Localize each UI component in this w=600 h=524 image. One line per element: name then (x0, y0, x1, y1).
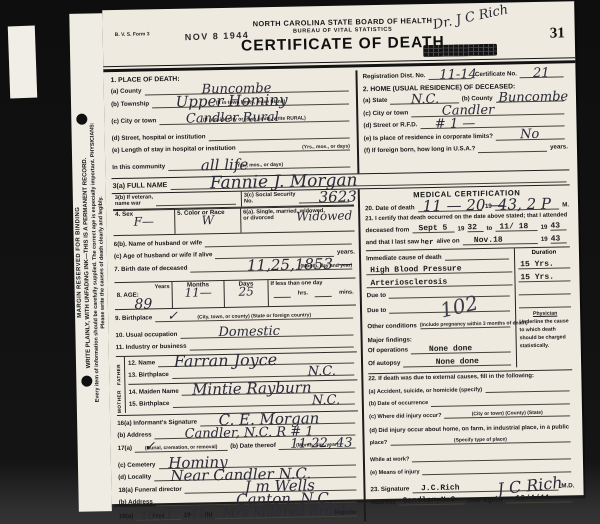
home-state-value: N.C. (411, 96, 439, 103)
operations-row: Of operations None done (368, 344, 514, 356)
director-addr-value: Canton, N.C. (236, 495, 333, 504)
veteran-cell: 3(b) If veteran,name war (113, 191, 242, 209)
father-bp-label: 13. Birthplace (128, 373, 169, 381)
father-name-label: 12. Name (128, 360, 155, 367)
filed-row: 19(a) 10-31 Filed 19 44 (b) Mrs Mildred … (119, 506, 360, 521)
age-hrs-label: hrs. (298, 290, 308, 297)
ssn-label: 3(c) Social SecurityNo. (244, 191, 296, 204)
external-c-label: (c) Where did injury occur? (369, 413, 442, 421)
age-years-value: 89 (117, 301, 170, 309)
father-side-label: FATHER (116, 359, 121, 385)
cause-of-death-block: Immediate cause of death High Blood Pres… (366, 247, 572, 370)
signature-typed: J.C.Rich (421, 484, 460, 492)
locality-label: (d) Locality (118, 475, 151, 482)
date-signed-label: Date signed (468, 497, 503, 504)
cause1-value: High Blood Pressure (370, 266, 461, 275)
duration-label: Duration (518, 250, 570, 257)
father-bp-value: N.C. (308, 369, 336, 376)
city-label: (c) City or town (111, 118, 156, 126)
home-foreign-suffix: years. (550, 145, 568, 152)
age-less-cell: If less than one day hrs. mins. (268, 278, 355, 306)
locality-row: (d) Locality Near Candler N.C. (118, 469, 359, 483)
parents-fields: 12. Name Farran Joyce 13. Birthplace N.C… (125, 352, 358, 412)
duration2-line: 15 Yrs. (518, 271, 570, 283)
home-corp-value: No (520, 132, 539, 139)
due-to-handwriting: 102 (439, 298, 478, 316)
operations-label: Of operations (368, 348, 408, 356)
race-cell: 5. Color or Race W (175, 208, 241, 233)
cause2-line: Arteriosclerosis (366, 275, 512, 289)
attended-19b: 19 (541, 224, 548, 231)
other-conditions-row: Other conditions (Include pregnancy with… (367, 319, 513, 331)
home-city-label: (c) City or town (363, 110, 408, 118)
filed-year-value: 44 (190, 509, 204, 519)
filed-label: 19(a) (119, 514, 134, 521)
township-label: (b) Township (111, 101, 149, 109)
age-years-label: Years (155, 284, 170, 290)
township-row: (b) Township Upper Hominy (If in town li… (111, 95, 352, 109)
death-date-label: 20. Date of death (365, 205, 415, 213)
attended-row: deceased from Sept 5 19 32 to 11/ 18 19 … (365, 222, 569, 235)
attended-to-value: 11/ 18 (499, 223, 528, 231)
race-value: W (177, 216, 238, 223)
external-work-label: While at work? (370, 457, 410, 464)
father-name-value: Farran Joyce (174, 356, 277, 366)
external-d-note: (Specify type of place) (390, 436, 570, 445)
spouse-row: 6(b). Name of husband or wife (114, 235, 355, 249)
home-state-label: (a) State (363, 98, 388, 105)
cert-no-value: 21 (533, 70, 550, 77)
street-label: (d) Street, hospital or institution (112, 134, 206, 143)
cause1-line: High Blood Pressure (366, 262, 512, 276)
death-certificate: B. V. S. Form 3 NOV 8 1944 NORTH CAROLIN… (102, 1, 583, 504)
mother-bp-value: N.C. (312, 398, 340, 405)
spouse-label: 6(b). Name of husband or wife (114, 240, 202, 249)
external-b-row: (b) Date of occurrence (369, 395, 573, 408)
burial-date-label: (b) Date thereof (230, 443, 276, 451)
due-to-label-1: Due to (367, 292, 386, 299)
autopsy-row: Of autopsy None done (368, 356, 514, 368)
mother-side-label: MOTHER (116, 385, 122, 413)
external-c-note: (City or town) (County) (State) (444, 409, 570, 417)
cause-label: Immediate cause of death (366, 254, 442, 262)
other-conditions-note: (Include pregnancy within 3 months of de… (420, 321, 511, 329)
full-name-label: 3(a) FULL NAME (113, 182, 168, 191)
other-conditions-label: Other conditions (367, 323, 417, 331)
duration1-line: 15 Yrs. (518, 258, 570, 270)
home-city-value: Candler (442, 108, 495, 116)
last-saw-year: 43 (551, 235, 561, 242)
death-date-value: 11 — 20 — (423, 202, 506, 211)
stay-label: (e) Length of stay in hospital or instit… (112, 146, 236, 155)
external-b-label: (b) Date of occurrence (369, 400, 428, 407)
age-less-label: If less than one day (270, 279, 353, 287)
doctor-handwriting: Dr. J C Rich (432, 7, 508, 29)
burial-label: 17(a) (118, 446, 133, 453)
external-d2-label: place? (370, 440, 388, 446)
age-months-cell: Months 11— (172, 281, 224, 308)
street-row: (d) Street, hospital or institution (112, 129, 353, 143)
duration-empty-line (519, 297, 571, 309)
director-label: 18(a) Funeral director (118, 487, 181, 495)
duration-column: Duration 15 Yrs. 15 Yrs. Physician Under… (514, 248, 572, 367)
occupation-value: Domestic (218, 329, 280, 337)
duration1-value: 15 Yrs. (520, 261, 554, 269)
external-c-row: (c) Where did injury occur? (City or tow… (369, 407, 573, 420)
stay-row: (e) Length of stay in hospital or instit… (112, 141, 353, 155)
community-note: (Yrs., mos., or days) (168, 161, 350, 170)
death-date-row: 20. Date of death 11 — 20 — 19 43, 2 P M… (365, 200, 569, 213)
external-work-row: While at work? (370, 451, 574, 464)
birthdate-row: 7. Birth date of deceased 11,25,1853 — (… (114, 260, 355, 274)
director-addr-label: (b) Address (119, 500, 153, 507)
autopsy-value: None done (436, 358, 479, 366)
home-foreign-row: (f) If foreign born, how long in U.S.A.?… (364, 142, 568, 155)
age-grid: 8. AGE: Years 89 Months 11— Days 25 (114, 277, 355, 310)
attended-19a: 19 (457, 226, 464, 233)
reg-dist-value: 11-14 (439, 72, 477, 79)
md-label: M.D. (561, 483, 574, 490)
home-foreign-label: (f) If foreign born, how long in U.S.A.? (364, 146, 475, 155)
signed-address-row: Address Candler,N.C Date signed 10/4/44 (371, 494, 575, 507)
ssn-value: 3623 (319, 194, 357, 202)
date-signed-value: 10/4/44 (515, 495, 549, 503)
attended-from-value: Sept 5 (418, 225, 447, 233)
form-number: B. V. S. Form 3 (115, 31, 150, 38)
external-a-row: (a) Accident, suicide, or homicide (spec… (368, 382, 572, 395)
personal-column: 3(b) If veteran,name war 3(c) Social Sec… (112, 189, 364, 524)
filed-note: Filed (136, 513, 180, 520)
veteran-label: 3(b) If veteran,name war (115, 194, 153, 207)
reg-dist-label: Registration Dist. No. (363, 73, 426, 81)
home-section: Registration Dist. No. 11-14 Certificate… (357, 66, 569, 173)
attended-label: deceased from (365, 227, 409, 235)
burial-note: (Burial, cremation, or removal) (135, 444, 227, 452)
community-label: In this community (112, 164, 165, 172)
death-m-label: M. (562, 202, 569, 209)
external-title: 22. If death was due to external causes,… (368, 372, 572, 383)
redaction-stamp (423, 44, 497, 57)
home-street-label: (d) Street or R.F.D. (363, 122, 417, 130)
mother-bp-label: 15. Birthplace (129, 402, 170, 410)
home-corp-label: (e) Is place of residence in corporate l… (364, 133, 493, 142)
address-label: Address (371, 499, 396, 506)
alive-label: alive on (436, 239, 459, 246)
cause-main: Immediate cause of death High Blood Pres… (366, 249, 516, 370)
mother-name-label: 14. Maiden Name (129, 389, 179, 397)
father-bp-row: 13. Birthplace N.C. (128, 367, 357, 380)
external-e-label: (e) Means of injury (370, 469, 420, 476)
home-street-value: # 1 — (435, 121, 476, 128)
cert-no-label: Certificate No. (475, 71, 517, 79)
external-causes-block: 22. If death was due to external causes,… (368, 369, 575, 507)
main-sections: 3(b) If veteran,name war 3(c) Social Sec… (112, 185, 576, 524)
address-value: Candler,N.C (402, 497, 455, 505)
autopsy-label: Of autopsy (368, 360, 400, 367)
age-label-cell: 8. AGE: Years 89 (114, 282, 172, 309)
due-to-label-2: Due to (367, 307, 386, 314)
occupation-label: 10. Usual occupation (115, 332, 177, 340)
last-saw-label: and that I last saw h (366, 239, 425, 247)
last-saw-19: 19 (541, 237, 548, 244)
margin-note-physicians: Please write the causes of death clearly… (98, 196, 107, 328)
sex-race-marital-grid: 4. Sex F— 5. Color or Race W 6(a). Singl… (113, 205, 354, 236)
signature-row: 23. Signature J.C.Rich J C Rich M.D. (370, 477, 574, 494)
birthplace-note: (City, town, or county) (State or foreig… (155, 311, 353, 321)
mother-name-value: Mintie Rayburn (192, 385, 312, 395)
home-corp-row: (e) Is place of residence in corporate l… (364, 130, 568, 143)
sex-value: F— (115, 218, 172, 225)
marital-cell: 6(a). Single, married, widowed,or divorc… (241, 206, 354, 232)
corner-sticker (8, 26, 37, 99)
age-days-value: 25 (227, 288, 266, 295)
age-mins-label: mins. (339, 289, 354, 296)
stay-note: (Yrs., mos., or days) (239, 144, 350, 152)
external-d2-row: place? (Specify type of place) (369, 434, 573, 447)
last-saw-er: er (424, 240, 433, 246)
page-number: 31 (550, 25, 565, 42)
operations-value: None done (429, 345, 472, 353)
scanned-sheet: MARGIN RESERVED FOR BINDING WRITE PLAINL… (69, 1, 584, 512)
duration-empty-line (519, 284, 571, 296)
home-county-value: Buncombe (498, 94, 568, 102)
top-sections: 1. PLACE OF DEATH: (a) County Buncombe (… (109, 66, 569, 177)
cause2-value: Arteriosclerosis (370, 279, 447, 288)
age-days-cell: Days 25 (224, 280, 268, 307)
scan-background: MARGIN RESERVED FOR BINDING WRITE PLAINL… (0, 0, 600, 524)
from-year-value: 32 (467, 224, 477, 231)
last-saw-value: Nov.18 (474, 236, 503, 244)
age-months-value: 11— (175, 289, 222, 296)
physician-note: Physician Underline the cause to which d… (519, 311, 572, 351)
parents-side-labels: FATHER MOTHER (116, 357, 126, 413)
to-year-value: 43 (550, 223, 560, 230)
county-label: (a) County (111, 89, 142, 96)
certificate-header: B. V. S. Form 3 NOV 8 1944 NORTH CAROLIN… (108, 5, 567, 66)
city-row: (c) City or town Candler Rural (If outsi… (111, 112, 352, 126)
burial-row: 17(a) ✓ (Burial, cremation, or removal) … (118, 439, 359, 453)
registration-row: Registration Dist. No. 11-14 Certificate… (362, 68, 566, 81)
place-of-death-section: 1. PLACE OF DEATH: (a) County Buncombe (… (109, 70, 357, 177)
parents-block: FATHER MOTHER 12. Name Farran Joyce 13. … (116, 351, 358, 413)
community-row: In this community all life (Yrs., mos., … (112, 158, 353, 172)
last-saw-row: and that I last saw h er alive on Nov.18… (366, 234, 570, 247)
registrar-label: (b) (204, 512, 212, 519)
to-label: to (486, 225, 492, 232)
medical-column: MEDICAL CERTIFICATION 20. Date of death … (360, 185, 576, 522)
birthdate-label: 7. Birth date of deceased (114, 266, 187, 274)
due-to-row-2: Due to 102 (367, 303, 513, 315)
death-year-value: 43, 2 P (498, 201, 551, 210)
mother-bp-row: 15. Birthplace N.C. (129, 396, 358, 409)
spouse-age-label: (c) Age of husband or wife if alive (114, 253, 213, 262)
full-name-value: Fannie J. Morgan (210, 176, 358, 187)
duration2-value: 15 Yrs. (520, 274, 554, 282)
occupation-row: 10. Usual occupation Domestic (115, 326, 356, 340)
external-a-label: (a) Accident, suicide, or homicide (spec… (369, 387, 483, 395)
cause-label-row: Immediate cause of death (366, 251, 512, 263)
sex-cell: 4. Sex F— (113, 210, 175, 235)
signature-label: 23. Signature (370, 487, 409, 495)
birthplace-label: 9. Birthplace (115, 315, 152, 323)
cemetery-label: (c) Cemetery (118, 462, 156, 470)
signature-handwriting: J C Rich (497, 479, 563, 494)
